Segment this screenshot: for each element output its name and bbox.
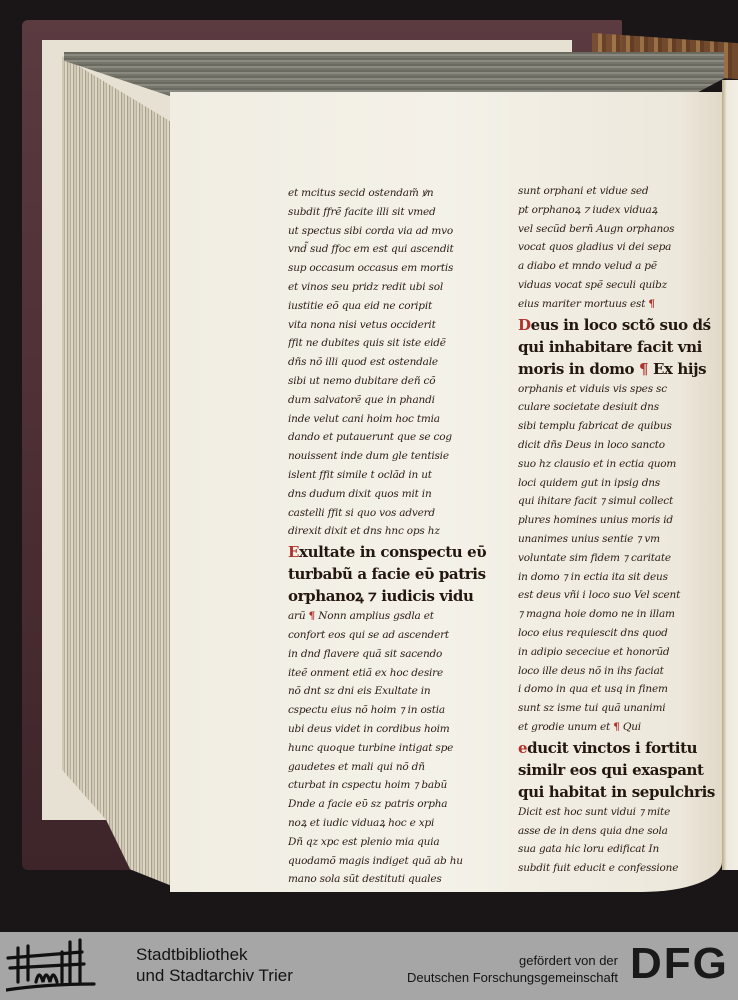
manuscript-line: subdit fuit educit e confessione [518, 859, 718, 878]
manuscript-line: asse de in dens quia dne sola [518, 822, 718, 841]
manuscript-line: sua gata hic loru edificat In [518, 840, 718, 859]
manuscript-heading-line: Exultate in conspectu eῡ [288, 541, 488, 563]
manuscript-line: et vinos seu pridz redit ubi sol [288, 278, 488, 297]
manuscript-line: dum salvatorẽ que in phandi [288, 391, 488, 410]
manuscript-heading-line: turbabũ a facie eῡ patris [288, 563, 488, 585]
pilcrow-mark: ¶ [309, 610, 315, 622]
text-column-right: sunt orphani et vidue sedpt orphanoꝝ ⁊ i… [518, 182, 718, 878]
manuscript-line: dando et putauerunt que se cog [288, 428, 488, 447]
manuscript-line: loci quidem gut in ipsig dns [518, 474, 718, 493]
manuscript-line: vita nona nisi vetus occiderit [288, 316, 488, 335]
manuscript-line: a diabo et mndo velud a pẽ [518, 257, 718, 276]
manuscript-heading-line: Deus in loco sctõ suo dś [518, 314, 718, 336]
pilcrow-mark: ¶ [648, 298, 654, 310]
pilcrow-mark: ¶ [613, 721, 619, 733]
facing-page-edge [722, 80, 738, 870]
manuscript-line: in domo ⁊ in ectia ita sit deus [518, 568, 718, 587]
funding-notice: gefördert von der Deutschen Forschungsge… [407, 952, 618, 986]
manuscript-line: unanimes unius sentie ⁊ vm [518, 530, 718, 549]
page-stack-edge [62, 56, 172, 886]
manuscript-line: direxit dixit et dns hnc ops hz [288, 522, 488, 541]
page-stack-top [64, 52, 724, 96]
manuscript-line: islent ffit simile t oclãd in ut [288, 466, 488, 485]
library-name-line2: und Stadtarchiv Trier [136, 965, 293, 986]
manuscript-heading-line: educit vinctos i fortitu [518, 737, 718, 759]
manuscript-line: ffit ne dubites quis sit iste eidẽ [288, 334, 488, 353]
dfg-logo: DFG [630, 942, 729, 986]
manuscript-line: vnd̃ sud ffoc em est qui ascendit [288, 240, 488, 259]
manuscript-line: castelli ffit si quo vos adverd [288, 504, 488, 523]
manuscript-line: mano sola sũt destituti quales [288, 870, 488, 889]
manuscript-line: sup occasum occasus em mortis [288, 259, 488, 278]
manuscript-line: quodamõ magis indiget quã ab hu [288, 852, 488, 871]
manuscript-line: i domo in qua et usq in finem [518, 680, 718, 699]
stadtbibliothek-trier-logo-icon [6, 938, 96, 992]
manuscript-line: vel secũd bern̄ Augn orphanos [518, 220, 718, 239]
manuscript-heading-line: moris in domo ¶ Ex hijs [518, 358, 718, 380]
manuscript-line: Dicit est hoc sunt vidui ⁊ mite [518, 803, 718, 822]
manuscript-line: loco eius requiescit dns quod [518, 624, 718, 643]
funding-line1: gefördert von der [407, 952, 618, 969]
manuscript-line: in adipio sececiue et honorũd [518, 643, 718, 662]
manuscript-line: et grodie unum et ¶ Qui [518, 718, 718, 737]
manuscript-line: iteẽ onment etiã ex hoc desire [288, 664, 488, 683]
manuscript-line: iustitie eõ qua eid ne coripit [288, 297, 488, 316]
pilcrow-mark: ¶ [639, 360, 648, 378]
manuscript-line: voluntate sim fidem ⁊ caritate [518, 549, 718, 568]
manuscript-line: ut spectus sibi corda via ad mvo [288, 222, 488, 241]
text-column-left: et mcitus secid ostendam̃ ꝟnsubdit ffrẽ … [288, 184, 488, 889]
manuscript-line: Dnde a facie eῡ sz patris orpha [288, 795, 488, 814]
rubricated-initial: E [288, 543, 299, 561]
manuscript-line: suo hz clausio et in ectia quom [518, 455, 718, 474]
manuscript-line: hunc quoque turbine intigat spe [288, 739, 488, 758]
manuscript-line: vocat quos gladius vi dei sepa [518, 238, 718, 257]
manuscript-line: cspectu eius nõ hoim ⁊ in ostia [288, 701, 488, 720]
manuscript-line: sunt orphani et vidue sed [518, 182, 718, 201]
manuscript-line: culare societate desiuit dns [518, 398, 718, 417]
manuscript-line: est deus vñi i loco suo Vel scent [518, 586, 718, 605]
manuscript-line: nõ dnt sz dni eis Exultate in [288, 682, 488, 701]
manuscript-line: loco ille deus nõ in ihs faciat [518, 662, 718, 681]
manuscript-line: plures homines unius moris id [518, 511, 718, 530]
manuscript-line: ubi deus videt in cordibus hoim [288, 720, 488, 739]
manuscript-line: viduas vocat spẽ seculi quibz [518, 276, 718, 295]
manuscript-line: gaudetes et mali qui nõ dñ [288, 758, 488, 777]
institution-footer: Stadtbibliothek und Stadtarchiv Trier ge… [0, 932, 738, 1000]
manuscript-line: cturbat in cspectu hoim ⁊ babũ [288, 776, 488, 795]
manuscript-heading-line: qui habitat in sepulchris [518, 781, 718, 803]
manuscript-line: inde velut cani hoim hoc tmia [288, 410, 488, 429]
manuscript-heading-line: similr eos qui exaspant [518, 759, 718, 781]
rubricated-initial: e [518, 739, 527, 757]
manuscript-line: sunt sz isme tui quã unanimi [518, 699, 718, 718]
library-name: Stadtbibliothek und Stadtarchiv Trier [136, 944, 293, 986]
manuscript-line: confort eos qui se ad ascendert [288, 626, 488, 645]
manuscript-line: nouissent inde dum gle tentisie [288, 447, 488, 466]
manuscript-line: sibi templu fabricat de quibus [518, 417, 718, 436]
funding-line2: Deutschen Forschungsgemeinschaft [407, 969, 618, 986]
manuscript-scan: et mcitus secid ostendam̃ ꝟnsubdit ffrẽ … [0, 0, 738, 932]
rubricated-initial: D [518, 316, 531, 334]
manuscript-line: dns dudum dixit quos mit in [288, 485, 488, 504]
manuscript-line: pt orphanoꝝ ⁊ iudex viduaꝝ [518, 201, 718, 220]
manuscript-line: ⁊ magna hoie domo ne in illam [518, 605, 718, 624]
manuscript-line: sibi ut nemo dubitare deñ cõ [288, 372, 488, 391]
library-name-line1: Stadtbibliothek [136, 944, 293, 965]
manuscript-heading-line: orphanoꝝ ⁊ iudicis vidu [288, 585, 488, 607]
manuscript-line: dicit dñs Deus in loco sancto [518, 436, 718, 455]
manuscript-line: et mcitus secid ostendam̃ ꝟn [288, 184, 488, 203]
manuscript-line: arũ ¶ Nonn amplius gsdla et [288, 607, 488, 626]
manuscript-line: orphanis et viduis vis spes sc [518, 380, 718, 399]
manuscript-line: eius mariter mortuus est ¶ [518, 295, 718, 314]
manuscript-line: qui ihitare facit ⁊ simul collect [518, 492, 718, 511]
manuscript-line: subdit ffrẽ facite illi sit vmed [288, 203, 488, 222]
manuscript-line: in dnd flavere quã sit sacendo [288, 645, 488, 664]
manuscript-line: Dñ qz xpc est plenio mia quia [288, 833, 488, 852]
manuscript-heading-line: qui inhabitare facit vni [518, 336, 718, 358]
manuscript-line: dñs nõ illi quod est ostendale [288, 353, 488, 372]
manuscript-line: noꝝ et iudic viduaꝝ hoc e xpi [288, 814, 488, 833]
